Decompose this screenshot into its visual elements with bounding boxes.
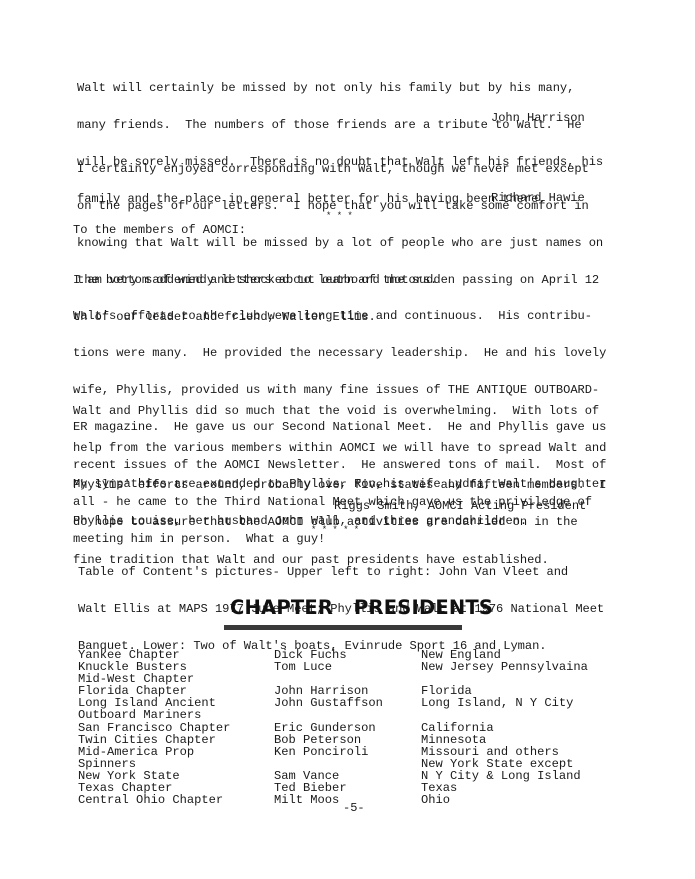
- chapter-name: Outboard Mariners: [78, 709, 230, 721]
- regions-column: New EnglandNew Jersey PennsylvainaFlorid…: [421, 649, 588, 806]
- president-name: John Gustaffson: [274, 697, 383, 709]
- text-line: My sympathies are extended to Phyllis, R…: [73, 478, 606, 490]
- chapter-region: New Jersey Pennsylvaina: [421, 661, 588, 673]
- presidents-column: Dick FuchsTom LuceJohn HarrisonJohn Gust…: [274, 649, 383, 806]
- text-line: Walt will certainly be missed by not onl…: [77, 82, 603, 94]
- text-line: Table of Content's pictures- Upper left …: [78, 566, 604, 578]
- chapter-name: San Francisco Chapter: [78, 722, 230, 734]
- separator-asterisks: * * *: [326, 210, 353, 222]
- heading-underline: [224, 625, 462, 630]
- section-heading: CHAPTER PRESIDENTS: [230, 596, 493, 619]
- chapter-region: Minnesota: [421, 734, 588, 746]
- chapter-name: Twin Cities Chapter: [78, 734, 230, 746]
- chapter-region: Ohio: [421, 794, 588, 806]
- text-line: knowing that Walt will be missed by a lo…: [77, 237, 603, 249]
- text-line: I certainly enjoyed corresponding with W…: [77, 163, 603, 175]
- chapter-name: Central Ohio Chapter: [78, 794, 230, 806]
- text-line: Walt's efforts to the club were long-tim…: [73, 310, 606, 322]
- chapter-region: California: [421, 722, 588, 734]
- letter-signature: Riggs Smith, AOMCI Acting President: [334, 500, 586, 512]
- chapter-region: Long Island, N Y City: [421, 697, 588, 709]
- text-line: tions were many. He provided the necessa…: [73, 347, 606, 359]
- letter-salutation: To the members of AOMCI:: [73, 224, 246, 236]
- president-name: [274, 709, 383, 721]
- president-name: Tom Luce: [274, 661, 383, 673]
- text-line: Walt and Phyllis did so much that the vo…: [73, 405, 606, 417]
- signature-john-harrison: John Harrison: [491, 112, 585, 124]
- president-name: Bob Peterson: [274, 734, 383, 746]
- chapter-region: [421, 709, 588, 721]
- president-name: Eric Gunderson: [274, 722, 383, 734]
- president-name: Milt Moos: [274, 794, 383, 806]
- chapters-column: Yankee ChapterKnuckle BustersMid-West Ch…: [78, 649, 230, 806]
- president-name: Ken Ponciroli: [274, 746, 383, 758]
- signature-richard-hawie: Richard Hawie: [491, 192, 585, 204]
- separator-asterisks: * * * * *: [311, 524, 359, 536]
- page-number: -5-: [343, 801, 365, 815]
